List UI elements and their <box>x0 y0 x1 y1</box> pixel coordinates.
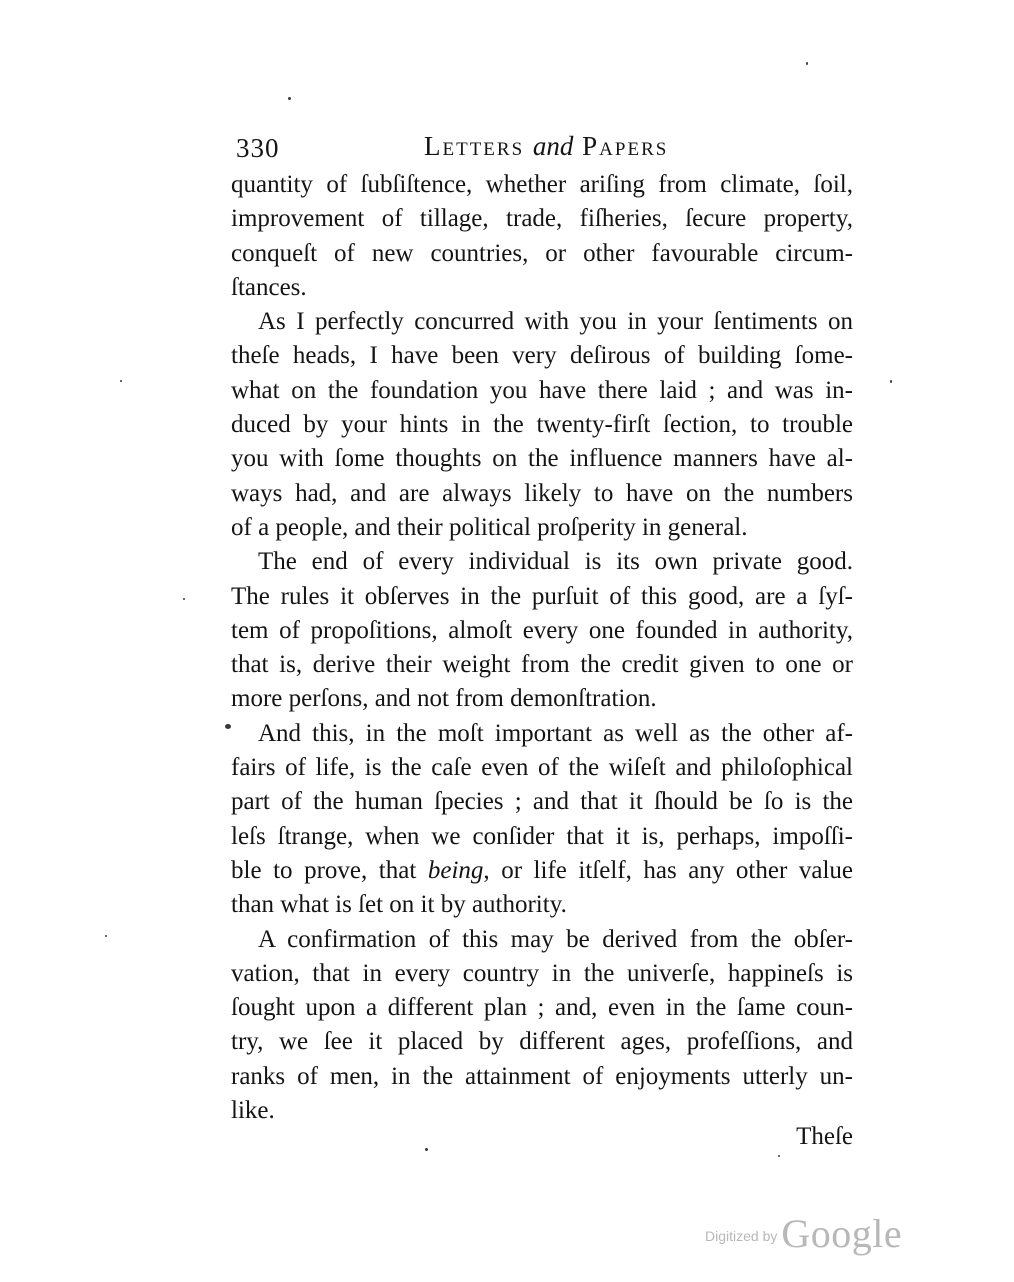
text-line: part of the human ſpecies ; and that it … <box>231 785 853 819</box>
paragraph-4: And this, in the moſt important as well … <box>231 717 853 923</box>
text-line: improvement of tillage, trade, fiſheries… <box>231 202 853 236</box>
running-title-letters: Letters <box>424 131 524 161</box>
text-line: like. <box>231 1094 853 1128</box>
text-line: And this, in the moſt important as well … <box>231 717 853 751</box>
italic-word-being: being <box>428 857 484 884</box>
body-text: quantity of ſubſiſtence, whether ariſing… <box>231 168 853 1128</box>
text-line: leſs ſtrange, when we conſider that it i… <box>231 820 853 854</box>
scan-speck <box>105 935 107 937</box>
text-line: theſe heads, I have been very deſirous o… <box>231 339 853 373</box>
text-run: ble to prove, that <box>231 857 428 884</box>
text-line: of a people, and their political proſper… <box>231 511 853 545</box>
text-line: try, we ſee it placed by different ages,… <box>231 1025 853 1059</box>
text-line: The rules it obſerves in the purſuit of … <box>231 580 853 614</box>
paragraph-2: As I perfectly concurred with you in you… <box>231 305 853 545</box>
paragraph-5: A confirmation of this may be derived fr… <box>231 923 853 1129</box>
running-title: Letters and Papers <box>424 128 668 164</box>
scan-speck <box>120 380 122 382</box>
catchword: Theſe <box>770 1120 853 1154</box>
running-title-papers: Papers <box>582 131 668 161</box>
text-line: The end of every individual is its own p… <box>231 545 853 579</box>
scan-speck <box>425 1148 428 1151</box>
text-line: more perſons, and not from demonſtration… <box>231 682 853 716</box>
text-line: ranks of men, in the attainment of enjoy… <box>231 1060 853 1094</box>
text-run: , or life itſelf, has any other value <box>483 857 853 884</box>
scan-speck <box>288 97 291 100</box>
text-line: A confirmation of this may be derived fr… <box>231 923 853 957</box>
text-line: ways had, and are always likely to have … <box>231 477 853 511</box>
text-line: vation, that in every country in the uni… <box>231 957 853 991</box>
book-page: 330 Letters and Papers quantity of ſubſi… <box>0 0 1014 1282</box>
text-line: that is, derive their weight from the cr… <box>231 648 853 682</box>
scan-speck <box>183 598 185 600</box>
paragraph-3: The end of every individual is its own p… <box>231 545 853 716</box>
text-line: ſtances. <box>231 271 853 305</box>
scan-speck <box>806 62 808 65</box>
text-line: conqueſt of new countries, or other favo… <box>231 237 853 271</box>
text-line: you with ſome thoughts on the influence … <box>231 442 853 476</box>
scan-speck <box>225 724 231 729</box>
running-head: 330 Letters and Papers <box>232 128 852 168</box>
paragraph-1: quantity of ſubſiſtence, whether ariſing… <box>231 168 853 305</box>
text-line: tem of propoſitions, almoſt every one fo… <box>231 614 853 648</box>
running-title-and: and <box>533 131 574 161</box>
text-line: duced by your hints in the twenty-firſt … <box>231 408 853 442</box>
text-line: than what is ſet on it by authority. <box>231 888 853 922</box>
text-line: ble to prove, that being, or life itſelf… <box>231 854 853 888</box>
text-line: As I perfectly concurred with you in you… <box>231 305 853 339</box>
digitized-by-google-watermark: Digitized by Google <box>705 1210 902 1257</box>
scan-speck <box>890 380 892 383</box>
watermark-prefix: Digitized by <box>705 1228 777 1244</box>
text-line: fairs of life, is the caſe even of the w… <box>231 751 853 785</box>
text-line: quantity of ſubſiſtence, whether ariſing… <box>231 168 853 202</box>
page-number: 330 <box>236 130 280 166</box>
scan-speck <box>778 1155 780 1157</box>
text-line: ſought upon a different plan ; and, even… <box>231 991 853 1025</box>
text-line: what on the foundation you have there la… <box>231 374 853 408</box>
google-logo-text: Google <box>781 1211 902 1256</box>
